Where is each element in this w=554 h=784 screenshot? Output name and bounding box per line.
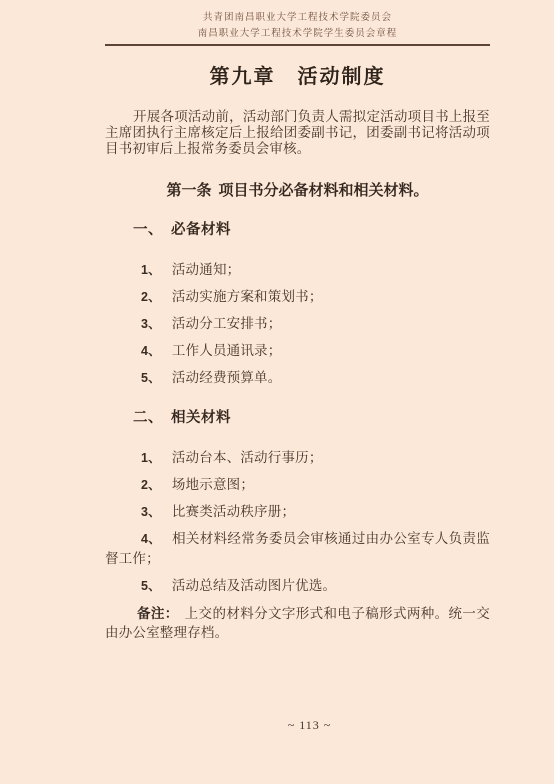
section-1-items: 1、活动通知； 2、活动实施方案和策划书； 3、活动分工安排书； 4、工作人员通… [105,260,490,388]
item-text: 活动实施方案和策划书； [172,289,323,304]
item-number: 4、 [141,532,172,546]
item-text: 活动分工安排书； [172,316,282,331]
list-item: 4、工作人员通讯录； [105,341,490,361]
list-item: 5、活动经费预算单。 [105,368,490,388]
item-text: 活动总结及活动图片优选。 [172,578,336,593]
item-number: 1、 [141,263,172,277]
item-text: 活动台本、活动行事历； [172,450,323,465]
item-text: 活动经费预算单。 [172,370,282,385]
section-2-items: 1、活动台本、活动行事历； 2、场地示意图； 3、比赛类活动秩序册； 4、相关材… [105,448,490,596]
list-item: 1、活动台本、活动行事历； [105,448,490,468]
item-number: 5、 [141,579,172,593]
page-header: 共青团南昌职业大学工程技术学院委员会 南昌职业大学工程技术学院学生委员会章程 [105,12,490,46]
item-text: 活动通知； [172,262,241,277]
list-item: 5、活动总结及活动图片优选。 [105,576,490,596]
article-heading: 第一条项目书分必备材料和相关材料。 [105,181,490,200]
list-item: 3、比赛类活动秩序册； [105,502,490,522]
list-item: 3、活动分工安排书； [105,314,490,334]
section-1-heading: 一、必备材料 [105,221,490,239]
section-1-marker: 一、 [133,222,171,238]
section-2-marker: 二、 [133,410,171,426]
item-number: 3、 [141,317,172,331]
intro-paragraph: 开展各项活动前，活动部门负责人需拟定活动项目书上报至主席团执行主席核定后上报给团… [105,109,490,157]
list-item: 4、相关材料经常务委员会审核通过由办公室专人负责监督工作； [105,529,490,569]
section-1-title: 必备材料 [171,222,231,238]
section-2-title: 相关材料 [171,410,231,426]
list-item: 1、活动通知； [105,260,490,280]
list-item: 2、场地示意图； [105,475,490,495]
chapter-title: 第九章 活动制度 [105,62,490,92]
item-text: 比赛类活动秩序册； [172,504,295,519]
header-line-2: 南昌职业大学工程技术学院学生委员会章程 [105,28,490,41]
header-line-1: 共青团南昌职业大学工程技术学院委员会 [105,12,490,25]
item-text: 场地示意图； [172,477,254,492]
document-page: 共青团南昌职业大学工程技术学院委员会 南昌职业大学工程技术学院学生委员会章程 第… [0,0,554,784]
article-text: 项目书分必备材料和相关材料。 [219,182,429,199]
item-number: 2、 [141,478,172,492]
section-2-heading: 二、相关材料 [105,409,490,427]
page-number: ~ 113 ~ [105,718,490,733]
note-paragraph: 备注：上交的材料分文字形式和电子稿形式两种。统一交由办公室整理存档。 [105,604,490,642]
item-number: 1、 [141,451,172,465]
item-number: 5、 [141,371,172,385]
item-text: 工作人员通讯录； [172,343,282,358]
note-label: 备注： [137,606,185,621]
item-number: 3、 [141,505,172,519]
article-label: 第一条 [166,182,218,199]
list-item: 2、活动实施方案和策划书； [105,287,490,307]
item-number: 2、 [141,290,172,304]
item-number: 4、 [141,344,172,358]
